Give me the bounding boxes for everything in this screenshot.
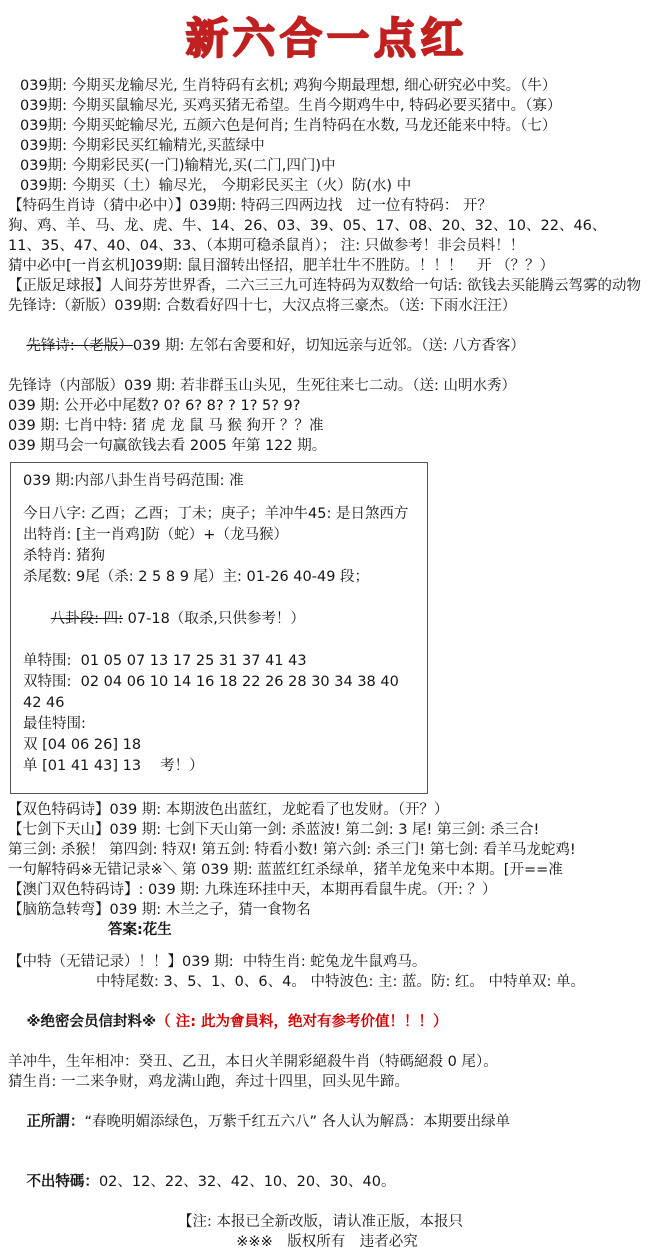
zhengsuowei-rest: “春晚明媚添绿色，万紫千红五六八” 各人认为解爲：本期要出绿单 — [84, 1114, 510, 1130]
text-line: 猜中必中[一肖玄机]039期: 鼠目溜转出怪招，肥羊壮牛不胜防。！！！ 开 （？… — [8, 256, 646, 276]
box-spacer — [23, 492, 421, 504]
member-note-line: ※绝密会员信封料※（ 注: 此为會員料，绝对有参考价值！！！） — [8, 992, 646, 1052]
sheet-title: 新六合一点红 — [8, 6, 646, 66]
zhengsuowei-line: 正所謂：“春晚明媚添绿色，万紫千红五六八” 各人认为解爲：本期要出绿单 — [8, 1092, 646, 1152]
text-line: 【特码生肖诗（猜中必中）】039期: 特码三四两边找 过一位有特码： 开？ — [8, 196, 646, 216]
poem-line: 039期: 今期彩民买(一门)输精光,买(二门,四门)中 — [8, 156, 646, 176]
poem-line: 039期: 今期买龙输尽光, 生肖特码有玄机; 鸡狗今期最理想, 细心研究必中奖… — [8, 76, 646, 96]
zhengsuowei-label: 正所謂： — [26, 1114, 84, 1130]
text-line-laoban: 先锋诗:（老版）039 期: 左邻右舍要和好，切知远亲与近邻。（送: 八方香客） — [8, 316, 646, 376]
text-line: 猜生肖: 一二来争财，鸡龙满山跑，奔过十四里，回头见牛蹄。 — [8, 1072, 646, 1092]
member-note-red: （ 注: 此为會員料，绝对有参考价值！！！） — [156, 1014, 447, 1030]
bagua-rest: 07-18（取杀,只供参考！） — [123, 611, 305, 627]
laoban-rest: 039 期: 左邻右舍要和好，切知远亲与近邻。（送: 八方香客） — [133, 338, 525, 354]
text-line: 【正版足球报】人间芬芳世界香，二六三三九可连特码为双数给一句话: 欲钱去买能腾云… — [8, 276, 646, 296]
box-line: 单 [01 41 43] 13 考！） — [23, 756, 421, 777]
buchu-line: 不出特碼：02、12、22、32、42、10、20、30、40。 — [8, 1152, 646, 1212]
box-line-bagua: 八卦段: 四: 07-18（取杀,只供参考！） — [23, 588, 421, 651]
box-line: 单特围: 01 05 07 13 17 25 31 37 41 43 — [23, 651, 421, 672]
text-line: 狗、鸡、羊、马、龙、虎、牛、14、26、03、39、05、17、08、20、32… — [8, 216, 646, 236]
box-line: 039 期:内部八卦生肖号码范围: 准 — [23, 471, 421, 492]
poem-line: 039期: 今期彩民买红输精光,买蓝绿中 — [8, 136, 646, 156]
text-line: 先锋诗（内部版）039 期: 若非群玉山头见，生死往来七二动。（送: 山明水秀） — [8, 376, 646, 396]
text-line: 11、35、47、40、04、33、（本期可稳杀鼠肖）； 注: 只做参考！非会员… — [8, 236, 646, 256]
box-line: 杀尾数: 9尾（杀: 2 5 8 9 尾）主: 01-26 40-49 段； — [23, 567, 421, 588]
box-line: 杀特肖: 猪狗 — [23, 546, 421, 567]
text-line: 039 期: 公开必中尾数? 0? 6? 8? ? 1? 5? 9? — [8, 396, 646, 416]
bagua-box: 039 期:内部八卦生肖号码范围: 准 今日八字: 乙酉；乙酉；丁未；庚子；羊冲… — [10, 462, 428, 794]
poem-line: 039期: 今期买鼠输尽光, 买鸡买猪无希望。生肖今期鸡牛中, 特码必要买猪中。… — [8, 96, 646, 116]
text-line: 先锋诗:（新版）039期: 合数看好四十七，大汉点将三豪杰。（送: 下雨水汪汪） — [8, 296, 646, 316]
box-line: 出特肖: [主一肖鸡]防（蛇）+（龙马猴） — [23, 525, 421, 546]
bagua-strike-label: 八卦段: 四: — [51, 611, 123, 627]
footer-note-line: 【注: 本报已全新改版，请认准正版，本报只 — [8, 1212, 646, 1232]
text-line: 【七剑下天山】039 期: 七剑下天山第一剑: 杀蓝波! 第二剑: 3 尾! 第… — [8, 820, 646, 840]
tip-sheet-page: 新六合一点红 039期: 今期买龙输尽光, 生肖特码有玄机; 鸡狗今期最理想, … — [0, 0, 652, 1258]
text-line: 【脑筋急转弯】039 期: 木兰之子，猜一食物名 — [8, 900, 646, 920]
text-line: 039 期马会一句赢欲钱去看 2005 年第 122 期。 — [8, 436, 646, 456]
member-label: ※绝密会员信封料※ — [26, 1014, 156, 1030]
poem-line: 039期: 今期买蛇输尽光, 五颜六色是何肖; 生肖特码在水数, 马龙还能来中特… — [8, 116, 646, 136]
box-line: 今日八字: 乙酉；乙酉；丁未；庚子；羊冲牛45: 是日煞西方 — [23, 504, 421, 525]
zhongte-line: 【中特（无错记录）！！】039 期: 中特生肖: 蛇兔龙牛鼠鸡马。 — [8, 952, 646, 972]
text-line: 039 期: 七肖中特: 猪 虎 龙 鼠 马 猴 狗开 ？？准 — [8, 416, 646, 436]
copyright-line: ※※※ 版权所有 违者必究 — [8, 1232, 646, 1252]
box-line: 双 [04 06 26] 18 — [23, 735, 421, 756]
zhongte-line: 中特尾数: 3、5、1、0、6、4。 中特波色: 主: 蓝。防: 红。 中特单双… — [8, 972, 646, 992]
section-spacer — [8, 940, 646, 952]
riddle-answer: 答案:花生 — [8, 920, 646, 940]
text-line: 【澳门双色特码诗】: 039 期: 九珠连环挂中天，本期再看鼠牛虎。（开: ？） — [8, 880, 646, 900]
text-line: 【双色特码诗】039 期: 本期波色出蓝红，龙蛇看了也发财。（开？） — [8, 800, 646, 820]
text-line: 第三剑: 杀猴！ 第四剑: 特双! 第五剑: 特看小数! 第六剑: 杀三门! 第… — [8, 840, 646, 860]
box-line: 最佳特围: — [23, 714, 421, 735]
text-line: 羊冲牛，生年相冲：癸丑、乙丑，本日火羊開彩絕殺牛肖（特碼絕殺 0 尾）。 — [8, 1052, 646, 1072]
buchu-numbers: 02、12、22、32、42、10、20、30、40。 — [99, 1174, 396, 1190]
box-line: 双特围: 02 04 06 10 14 16 18 22 26 28 30 34… — [23, 672, 421, 714]
laoban-strike-label: 先锋诗:（老版） — [26, 338, 132, 354]
text-line: 一句解特码※无错记录※＼ 第 039 期: 蓝蓝红红杀绿单，猪羊龙兔来中本期。[… — [8, 860, 646, 880]
buchu-label: 不出特碼： — [26, 1174, 99, 1190]
poem-line: 039期: 今期买（土）输尽光， 今期彩民买主（火）防(水) 中 — [8, 176, 646, 196]
